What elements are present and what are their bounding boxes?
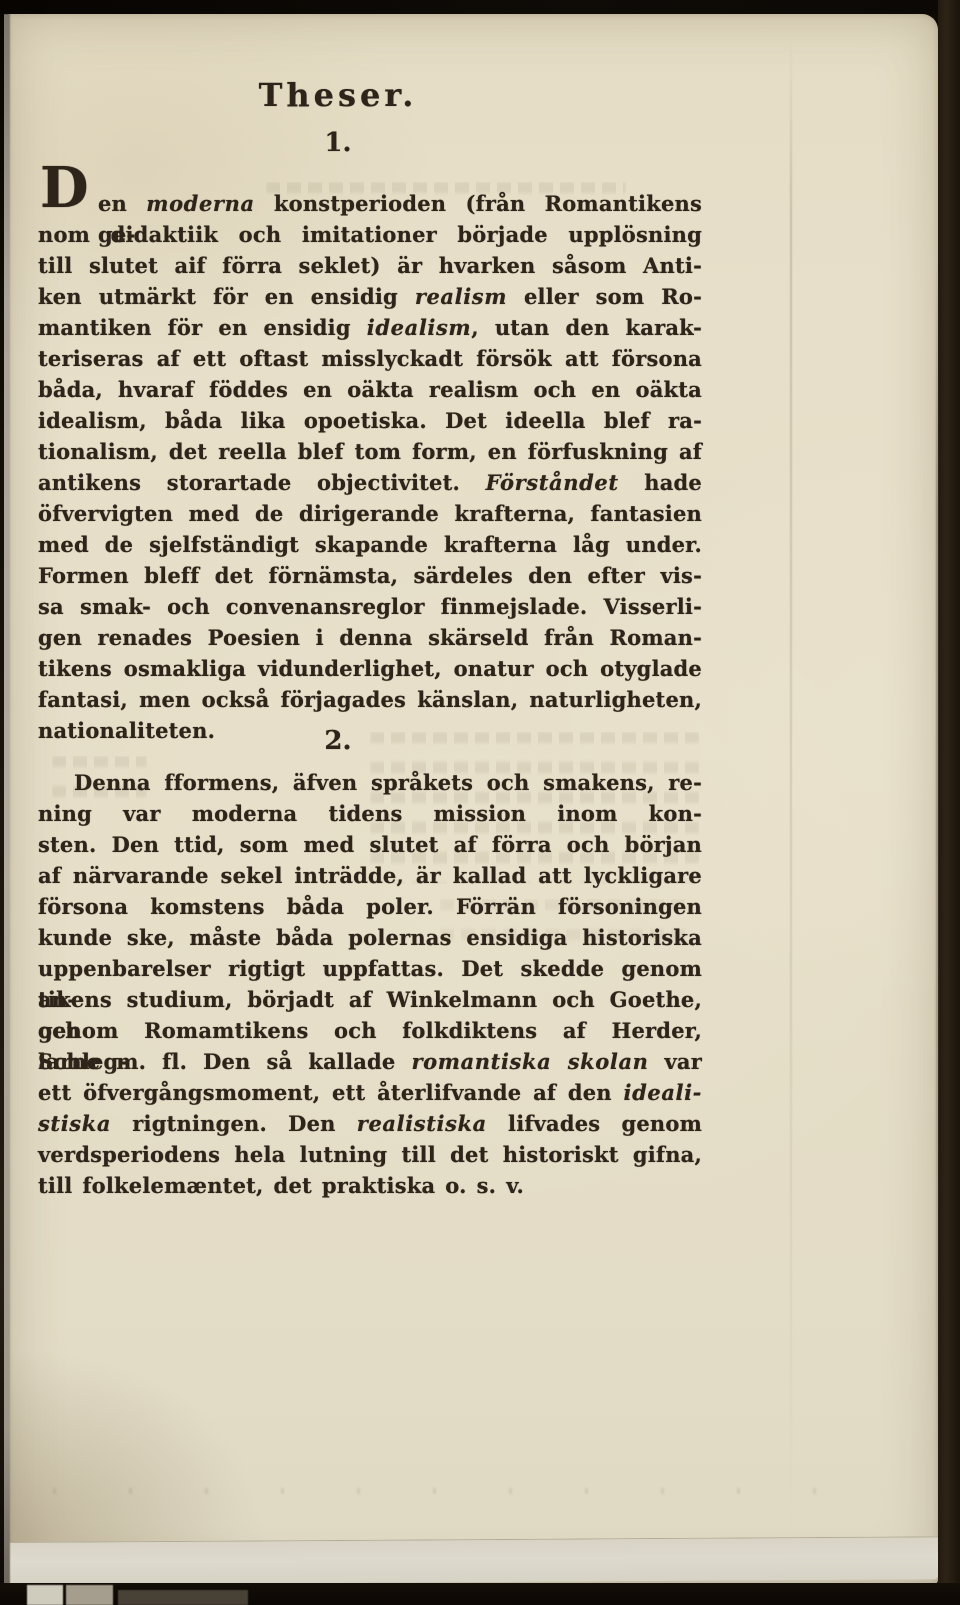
text-line: teriseras af ett oftast misslyckadt förs… [38,343,702,374]
scanned-book-page: Theser. 1. D en moderna konstperioden (f… [0,0,960,1605]
text-line: ken utmärkt för en ensidig realism eller… [38,281,702,312]
text-line: till slutet aif förra seklet) är hvarken… [38,250,702,281]
text-line: tikens studium, börjadt af Winkelmann oc… [38,984,702,1015]
text-line: till folkelemæntet, det praktiska o. s. … [38,1170,702,1201]
page-right-edge-highlight [936,260,938,1500]
text-line: idealism, båda lika opoetiska. Det ideel… [38,405,702,436]
text-line: tionalism, det reella blef tom form, en … [38,436,702,467]
text-line: båda, hvaraf föddes en oäkta realism och… [38,374,702,405]
section-number-2: 2. [38,726,638,756]
text-line: försona komstens båda poler. Förrän förs… [38,891,702,922]
text-line: sten. Den ttid, som med slutet af förra … [38,829,702,860]
text-line: af närvarande sekel inträdde, är kallad … [38,860,702,891]
text-line: antikens storartade objectivitet. Förstå… [38,467,702,498]
text-line: en moderna konstperioden (från Romantike… [38,188,702,219]
page-bottom-edge [8,1536,938,1585]
text-line: uppenbarelser rigtigt uppfattas. Det ske… [38,953,702,984]
text-line: med de sjelfständigt skapande krafterna … [38,529,702,560]
paragraph-1: en moderna konstperioden (från Romantike… [38,188,702,746]
text-line: stiska rigtningen. Den realistiska lifva… [38,1108,702,1139]
section-number-1: 1. [38,128,638,158]
paragraph-2: Denna fformens, äfven språkets och smake… [38,767,702,1201]
page-title: Theser. [38,76,638,114]
underpage-streak [27,1585,63,1605]
text-line: kunde ske, måste båda polernas ensidiga … [38,922,702,953]
paper-crease-vertical [790,39,792,1534]
text-line: ning var moderna tidens mission inom kon… [38,798,702,829]
text-line: gen renades Poesien i denna skärseld frå… [38,622,702,653]
text-line: mantiken för en ensidig idealism, utan d… [38,312,702,343]
scan-left-border [0,0,4,1605]
text-line: öfvervigten med de dirigerande krafterna… [38,498,702,529]
showthrough-dot-row [53,1488,843,1494]
text-line: Formen bleff det förnämsta, särdeles den… [38,560,702,591]
text-line: verdsperiodens hela lutning till det his… [38,1139,702,1170]
page-left-underedge [3,14,10,1584]
text-line: genom Romamtikens och folkdiktens af Her… [38,1015,702,1046]
text-line: larne m. fl. Den så kallade romantiska s… [38,1046,702,1077]
scan-right-border [938,0,960,1605]
scan-top-border [0,0,960,14]
underpage-streak [118,1590,248,1605]
text-line: sa smak- och convenansreglor finmejslade… [38,591,702,622]
text-line: Denna fformens, äfven språkets och smake… [38,767,702,798]
underpage-streak [66,1585,113,1605]
text-line: fantasi, men också förjagades känslan, n… [38,684,702,715]
text-line: nom didaktiik och imitationer började up… [38,219,702,250]
text-line: ett öfvergångsmoment, ett återlifvande a… [38,1077,702,1108]
text-line: tikens osmakliga vidunderlighet, onatur … [38,653,702,684]
